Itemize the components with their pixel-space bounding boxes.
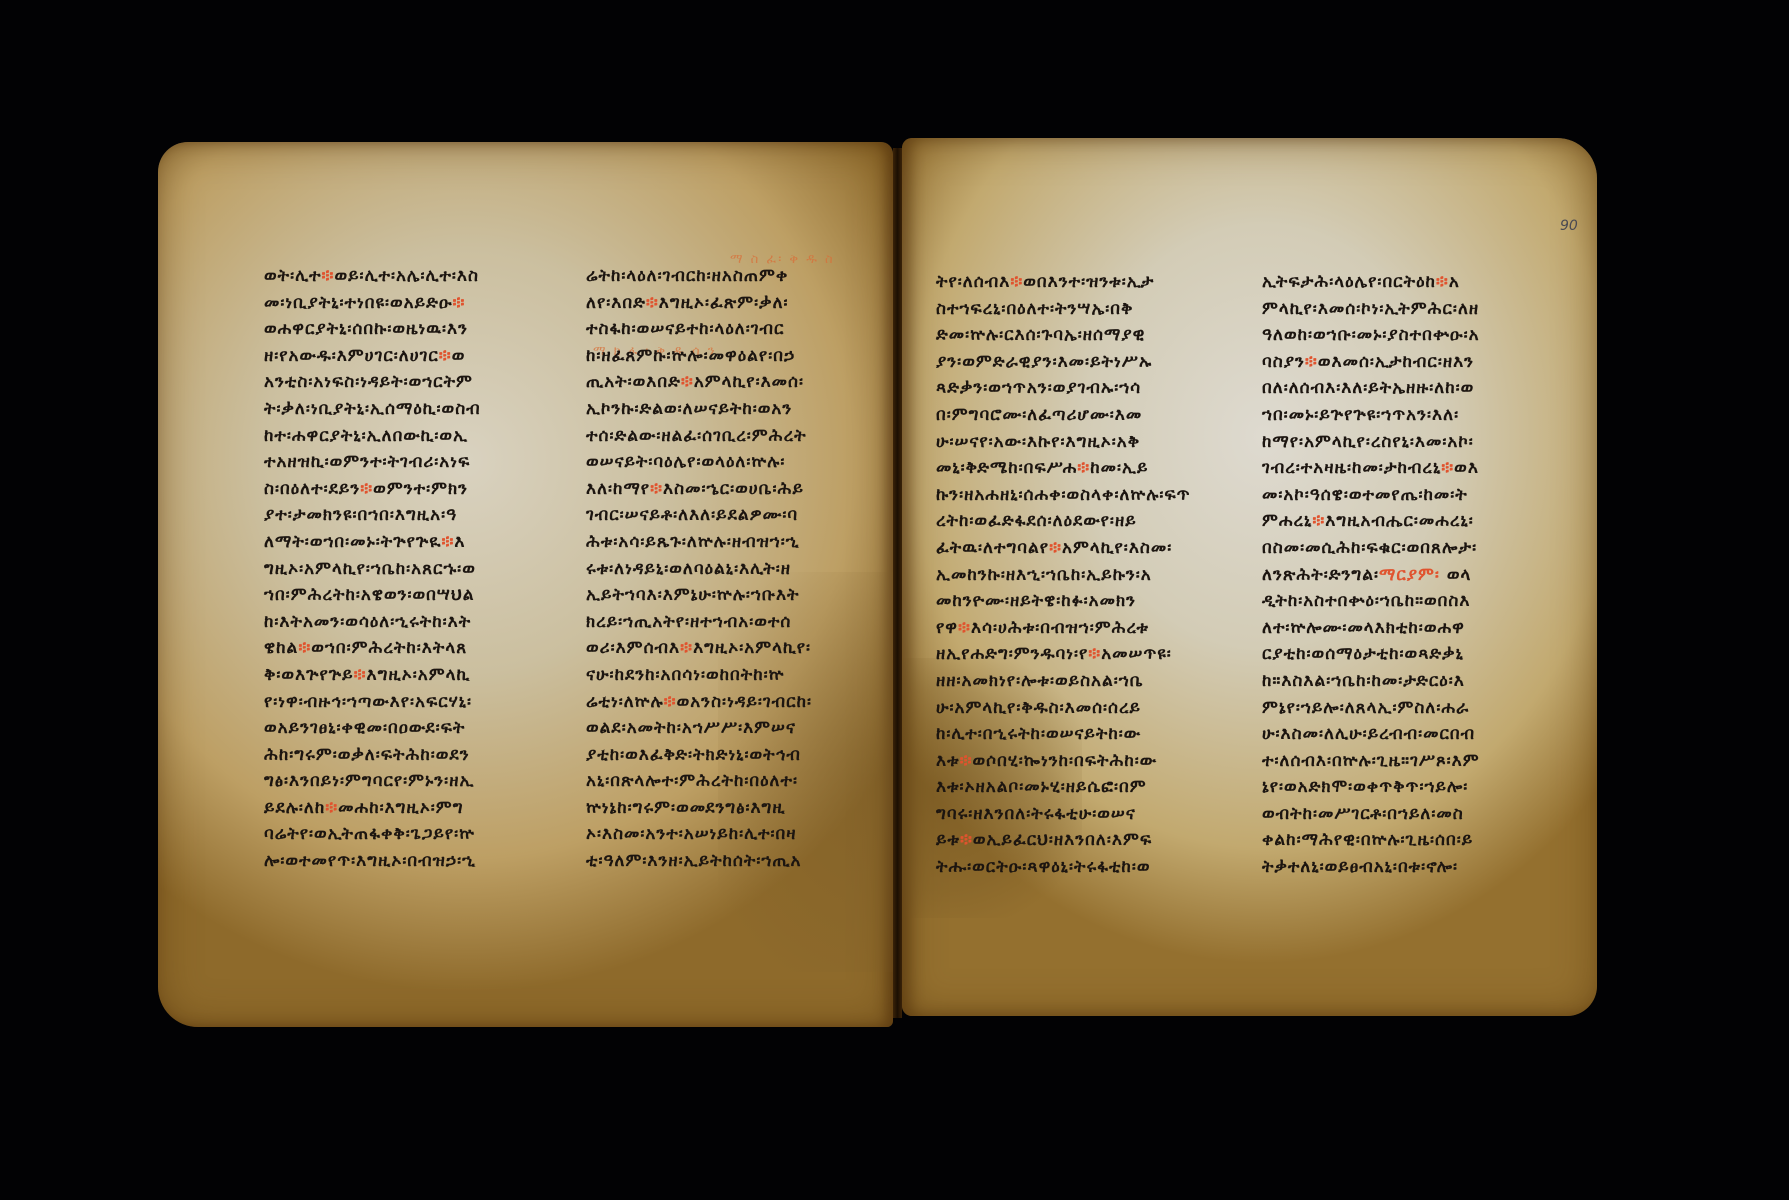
manuscript-line: ጢአት፡ወእበድ፨አምላኪየ፡እመሰ፡ — [586, 369, 812, 396]
manuscript-line: ሕቱ፡አሳ፡ይጼጉ፡ለኵሉ፡ዘብዝኀ፡ኂ — [586, 529, 812, 556]
manuscript-line: አንቲስ፡አነፍስ፡ነዳይት፡ወኀርትም — [264, 369, 481, 396]
manuscript-line: ሕከ፡ግሩም፡ወቃለ፡ፍትሕከ፡ወደን — [264, 742, 481, 769]
rubric-divider-mark: ፨ — [960, 751, 973, 771]
manuscript-line: ባሬትየ፡ወኢትጠፋቀቅ፡ጌጋይየ፡ኵ — [264, 821, 481, 848]
manuscript-line: ስተኀፍረኒ፡በዕለተ፡ትንሣኤ፡በቅ — [936, 296, 1191, 323]
rubric-divider-mark: ፨ — [681, 372, 694, 392]
manuscript-line: ከ፡እትአመን፡ወሳዕለ፡ኂሩትከ፡እት — [264, 609, 481, 636]
manuscript-line: ግዚኦ፡አምላኪየ፡ኀቤከ፡አጸርኁ፡ወ — [264, 556, 481, 583]
manuscript-line: አኒ፡በጽላሎተ፡ምሕረትከ፡በዕለተ፡ — [586, 768, 812, 795]
manuscript-text: ወላ — [1440, 565, 1471, 585]
manuscript-line: ወልደ፡አመትከ፡አኀሥሥ፡እምሠና — [586, 715, 812, 742]
manuscript-line: ተሰ፡ድልው፡ዘልፈ፡ሰገቢረ፡ምሕረት — [586, 423, 812, 450]
manuscript-line: ወት፡ሊተ፨ወይ፡ሊተ፡አሌ፡ሊተ፡እስ — [264, 263, 481, 290]
manuscript-line: መ፡አኮ፡ዓሰዌ፡ወተመየጤ፡ከመ፡ት — [1262, 482, 1480, 509]
manuscript-line: ወሠናይት፡ባዕሌየ፡ወላዕለ፡ኵሉ፡ — [586, 449, 812, 476]
book-gutter — [893, 148, 902, 1018]
rubric-divider-mark: ፨ — [646, 293, 659, 313]
manuscript-line: ለንጽሕት፡ድንግል፡ማርያም፡ ወላ — [1262, 562, 1480, 589]
manuscript-line: እለ፡ከማየ፨እስመ፡ኄር፡ወሀቤ፡ሕይ — [586, 476, 812, 503]
manuscript-line: ክረይ፡ኀጢአትየ፡ዘተኀብአ፡ወተሰ — [586, 609, 812, 636]
manuscript-line: ምኔየ፡ኀይሎ፡ለጸላኢ፡ምስለ፡ሐራ — [1262, 695, 1480, 722]
text-column-3: ትየ፡ለሰብእ፨ወበእንተ፡ዝንቱ፡ኢታስተኀፍረኒ፡በዕለተ፡ትንሣኤ፡በቅድ… — [936, 269, 1191, 881]
manuscript-line: ምላኪየ፡እመሰ፡ኮነ፡ኢትምሕር፡ለዘ — [1262, 296, 1480, 323]
manuscript-line: ገብር፡ሠናይቶ፡ለእለ፡ይደልዎሙ፡ባ — [586, 502, 812, 529]
rubric-divider-mark: ፨ — [1436, 272, 1449, 292]
rubric-divider-mark: ፨ — [360, 479, 373, 499]
manuscript-line: ኦ፡እስመ፡አንተ፡አሠነይከ፡ሊተ፡በዛ — [586, 821, 812, 848]
manuscript-line: ኢትፍታሕ፡ላዕሌየ፡በርትዕከ፨አ — [1262, 269, 1480, 296]
manuscript-line: ከማየ፡አምላኪየ፡ረስየኒ፡እመ፡አኮ፡ — [1262, 429, 1480, 456]
rubric-divider-mark: ፨ — [664, 692, 677, 712]
manuscript-line: እቱ፨ወሶበሂ፡ኰነንከ፡በፍትሕከ፡ው — [936, 748, 1191, 775]
manuscript-line: ከ፡ዘፈጸምኩ፡ኵሎ፡መዋዕልየ፡በኃ — [586, 343, 812, 370]
rubric-divider-mark: ፨ — [441, 532, 454, 552]
manuscript-line: ትሑ፡ወርትዑ፡ጻዋዕኒ፡ትሩፋቲከ፡ወ — [936, 854, 1191, 881]
manuscript-line: ጻድቃን፡ወኀጥአን፡ወያገብኡ፡ኀሳ — [936, 375, 1191, 402]
manuscript-line: ባስያን፨ወእመሰ፡ኢታከብር፡ዘእን — [1262, 349, 1480, 376]
manuscript-line: ምሐረኒ፨እግዚአብሔር፡መሐረኒ፡ — [1262, 508, 1480, 535]
manuscript-line: ከ።እስእል፡ኀቤከ፡ከመ፡ታድርዕ፡እ — [1262, 668, 1480, 695]
manuscript-line: ያቲከ፡ወእፈቅድ፡ትክድነኒ፡ወትኅብ — [586, 742, 812, 769]
manuscript-line: ቅ፡ወእጕየጕይ፨እግዚኦ፡አምላኪ — [264, 662, 481, 689]
manuscript-line: ኀበ፡መኑ፡ይጕየጕዩ፡ኀጥአን፡እለ፡ — [1262, 402, 1480, 429]
rubric-divider-mark: ፨ — [1088, 644, 1101, 664]
rubric-divider-mark: ፨ — [1441, 458, 1454, 478]
rubric-divider-mark: ፨ — [325, 798, 338, 818]
rubric-divider-mark: ፨ — [439, 346, 452, 366]
manuscript-line: ት፡ቃለ፡ነቢያትኒ፡ኢሰማዕኪ፡ወስብ — [264, 396, 481, 423]
manuscript-line: ዓለወከ፡ወኀቡ፡መኑ፡ያስተበቍዑ፡አ — [1262, 322, 1480, 349]
manuscript-line: ዘዘ፡አመክነየ፡ሎቱ፡ወይስአል፡ኀቤ — [936, 668, 1191, 695]
manuscript-line: ዌከል፨ወኀበ፡ምሕረትከ፡እትላጸ — [264, 635, 481, 662]
manuscript-line: ድመ፡ኵሉ፡ርእሰ፡ጉባኤ፡ዘሰማያዊ — [936, 322, 1191, 349]
manuscript-line: ይቱ፨ወኢይፈርህ፡ዘእንበለ፡እምፍ — [936, 827, 1191, 854]
manuscript-line: ፈትዉ፡ለተግባልየ፨አምላኪየ፡እስመ፡ — [936, 535, 1191, 562]
manuscript-line: ተስፋከ፡ወሠናይተከ፡ላዕለ፡ገብር — [586, 316, 812, 343]
manuscript-line: ወብትከ፡መሥገርቶ፡በኀይለ፡መስ — [1262, 801, 1480, 828]
manuscript-line: ቀልከ፡ማሕየዊ፡በኵሉ፡ጊዜ፡ሰበ፡ይ — [1262, 827, 1480, 854]
folio-number: 90 — [1560, 218, 1578, 234]
manuscript-line: ትቃተለኒ፡ወይፀብአኒ፡በቱ፡ኖሎ፡ — [1262, 854, 1480, 881]
rubric-divider-mark: ፨ — [453, 293, 466, 313]
manuscript-line: ሁ፡አምላኪየ፡ቅዱስ፡እመሰ፡ሰረይ — [936, 695, 1191, 722]
manuscript-line: ያተ፡ታመክንዩ፡በኀበ፡እግዚአ፡ዓ — [264, 502, 481, 529]
manuscript-line: ኵነኔከ፡ግሩም፡ወመደንግፅ፡እግዚ — [586, 795, 812, 822]
manuscript-line: ኢኮንኩ፡ድልወ፡ለሠናይትከ፡ወአን — [586, 396, 812, 423]
manuscript-line: ረትከ፡ወፈድፋደሰ፡ለዕደውየ፡ዘይ — [936, 508, 1191, 535]
rubric-divider-mark: ፨ — [1049, 538, 1062, 558]
manuscript-photo: 90 ማ ስ ፈ፡ ቅ ዱ ስ ማ ክ ፋ ፡ ቅ ዱ ሳ ን ወት፡ሊተ፨ወይ… — [0, 0, 1789, 1200]
manuscript-line: ከተ፡ሐዋርያትኒ፡ኢለበውኪ፡ወኢ — [264, 423, 481, 450]
text-column-4: ኢትፍታሕ፡ላዕሌየ፡በርትዕከ፨አምላኪየ፡እመሰ፡ኮነ፡ኢትምሕር፡ለዘዓለ… — [1262, 269, 1480, 881]
rubric-divider-mark: ፨ — [1305, 352, 1318, 372]
manuscript-line: ስ፡በዕለተ፡ደይን፨ወምንተ፡ምክን — [264, 476, 481, 503]
rubric-divider-mark: ፨ — [650, 479, 663, 499]
manuscript-line: የዋ፨እሳ፡ሀሕቱ፡በብዝኀ፡ምሕረቱ — [936, 615, 1191, 642]
manuscript-line: ሁ፡ሠናየ፡አው፡እኩየ፡እግዚኦ፡አቅ — [936, 429, 1191, 456]
manuscript-line: መከንዮሙ፡ዘይትዌ፡ከፉ፡አመክን — [936, 588, 1191, 615]
manuscript-line: ርያቲከ፡ወሰማዕታቲከ፡ወጻድቃኒ — [1262, 641, 1480, 668]
manuscript-line: ለማት፡ወኀበ፡መኑ፡ትጕየጕዪ፨እ — [264, 529, 481, 556]
manuscript-line: ሁ፡እስመ፡ለሊሁ፡ይረብብ፡መርበብ — [1262, 721, 1480, 748]
manuscript-line: ኩን፡ዘአሐዘኒ፡ሰሐቀ፡ወስላቀ፡ለኵሉ፡ፍጥ — [936, 482, 1191, 509]
rubric-divider-mark: ፨ — [1312, 511, 1325, 531]
manuscript-line: ወሪ፡እምሰብእ፨እግዚኦ፡አምላኪየ፡ — [586, 635, 812, 662]
manuscript-line: ዘኢየሐድግ፡ምንዱባነ፡የ፨አመሠጥዩ፡ — [936, 641, 1191, 668]
manuscript-line: ያን፡ወምድራዊያን፡እመ፡ይትነሥኡ — [936, 349, 1191, 376]
manuscript-line: ግባሩ፡ዘእንበለ፡ትሩፋቲሁ፡ወሠና — [936, 801, 1191, 828]
manuscript-line: ኢይትኀባእ፡እምኔሁ፡ኵሉ፡ኀቡእት — [586, 582, 812, 609]
manuscript-line: ወሐዋርያትኒ፡ሰበኩ፡ወዜነዉ፡እን — [264, 316, 481, 343]
manuscript-line: መ፡ነቢያትኒ፡ተነበዩ፡ወአይድዑ፨ — [264, 290, 481, 317]
manuscript-line: ይደሉ፡ለከ፨መሐከ፡እግዚኦ፡ምግ — [264, 795, 481, 822]
manuscript-line: ለተ፡ኵሎሙ፡መላእክቲከ፡ወሐዋ — [1262, 615, 1480, 642]
manuscript-line: ሬትከ፡ላዕለ፡ገብርከ፡ዘአስጠምቀ — [586, 263, 812, 290]
rubric-divider-mark: ፨ — [322, 266, 335, 286]
manuscript-line: ቲ፡ዓለም፡እንዘ፡ኢይትከሰት፡ኀጢአ — [586, 848, 812, 875]
manuscript-line: ኢመከንኩ፡ዘእኂ፡ኀቤከ፡ኢይኩን፡አ — [936, 562, 1191, 589]
manuscript-line: ሎ፡ወተመየጥ፡እግዚኦ፡በብዝኃ፡ኂ — [264, 848, 481, 875]
manuscript-line: በ፡ምግባሮሙ፡ለፈጣሪሆሙ፡እመ — [936, 402, 1191, 429]
manuscript-line: በስመ፡መሲሕከ፡ፍቁር፡ወበጸሎታ፡ — [1262, 535, 1480, 562]
rubric-divider-mark: ፨ — [960, 830, 973, 850]
manuscript-line: ለየ፡እበድ፨እግዚኦ፡ፈጽም፡ቃለ፡ — [586, 290, 812, 317]
manuscript-line: ዲትከ፡አስተበቍዕ፡ኀቤከ።ወበስእ — [1262, 588, 1480, 615]
manuscript-line: ተአዘዝኪ፡ወምንተ፡ትገብሪ፡አነፍ — [264, 449, 481, 476]
rubric-divider-mark: ፨ — [1010, 272, 1023, 292]
text-column-1: ወት፡ሊተ፨ወይ፡ሊተ፡አሌ፡ሊተ፡እስመ፡ነቢያትኒ፡ተነበዩ፡ወአይድዑ፨ወ… — [264, 263, 481, 875]
manuscript-line: ተ፡ለሰብእ፡በኵሉ፡ጊዜ።ገሥጾ፡እም — [1262, 748, 1480, 775]
manuscript-line: ናሁ፡ከደንከ፡አበሳነ፡ወከበትከ፡ኵ — [586, 662, 812, 689]
manuscript-line: ሩቱ፡ለነዳይኒ፡ወለባዕልኒ፡እሊት፡ዘ — [586, 556, 812, 583]
rubric-divider-mark: ፨ — [1077, 458, 1090, 478]
rubric-divider-mark: ፨ — [298, 638, 311, 658]
manuscript-line: ገብረ፡ተአዛዜ፡ከመ፡ታከብረኒ፨ወእ — [1262, 455, 1480, 482]
rubric-divider-mark: ፨ — [354, 665, 367, 685]
manuscript-line: መኒ፡ቅድሜከ፡በፍሥሐ፨ከመ፡ኢይ — [936, 455, 1191, 482]
manuscript-line: በለ፡ለሰብእ፡እለ፡ይትኤዘዙ፡ለከ፡ወ — [1262, 375, 1480, 402]
manuscript-line: ወአይንገፀኒ፡ቀዊመ፡በዐውደ፡ፍት — [264, 715, 481, 742]
manuscript-line: የ፡ነዋ፡ብዙኅ፡ኀጣውእየ፡አፍርሃኒ፡ — [264, 689, 481, 716]
manuscript-line: እቱ፡ኦዘአልቦ፡መኑሂ፡ዘይሴፎ፡በም — [936, 774, 1191, 801]
manuscript-line: ግፅ፡እንበይነ፡ምግባርየ፡ምኑን፡ዘኢ — [264, 768, 481, 795]
rubric-divider-mark: ፨ — [680, 638, 693, 658]
rubric-name-maryam: ማርያም፡ — [1379, 565, 1440, 585]
rubric-divider-mark: ፨ — [958, 618, 971, 638]
manuscript-line: ዘ፡የአውዱ፡እምሀገር፡ለሀገር፨ወ — [264, 343, 481, 370]
manuscript-line: ኔየ፡ወአድክሞ፡ወቀጥቅጥ፡ኀይሎ፡ — [1262, 774, 1480, 801]
manuscript-line: ከ፡ሊተ፡በኂሩትከ፡ወሠናይትከ፡ው — [936, 721, 1191, 748]
manuscript-line: ሬቲነ፡ለኵሉ፨ወአንስ፡ነዳይ፡ገብርከ፡ — [586, 689, 812, 716]
manuscript-line: ኀበ፡ምሕረትከ፡አዌወን፡ወበሣህል — [264, 582, 481, 609]
text-column-2: ሬትከ፡ላዕለ፡ገብርከ፡ዘአስጠምቀለየ፡እበድ፨እግዚኦ፡ፈጽም፡ቃለ፡ተስ… — [586, 263, 812, 875]
manuscript-line: ትየ፡ለሰብእ፨ወበእንተ፡ዝንቱ፡ኢታ — [936, 269, 1191, 296]
